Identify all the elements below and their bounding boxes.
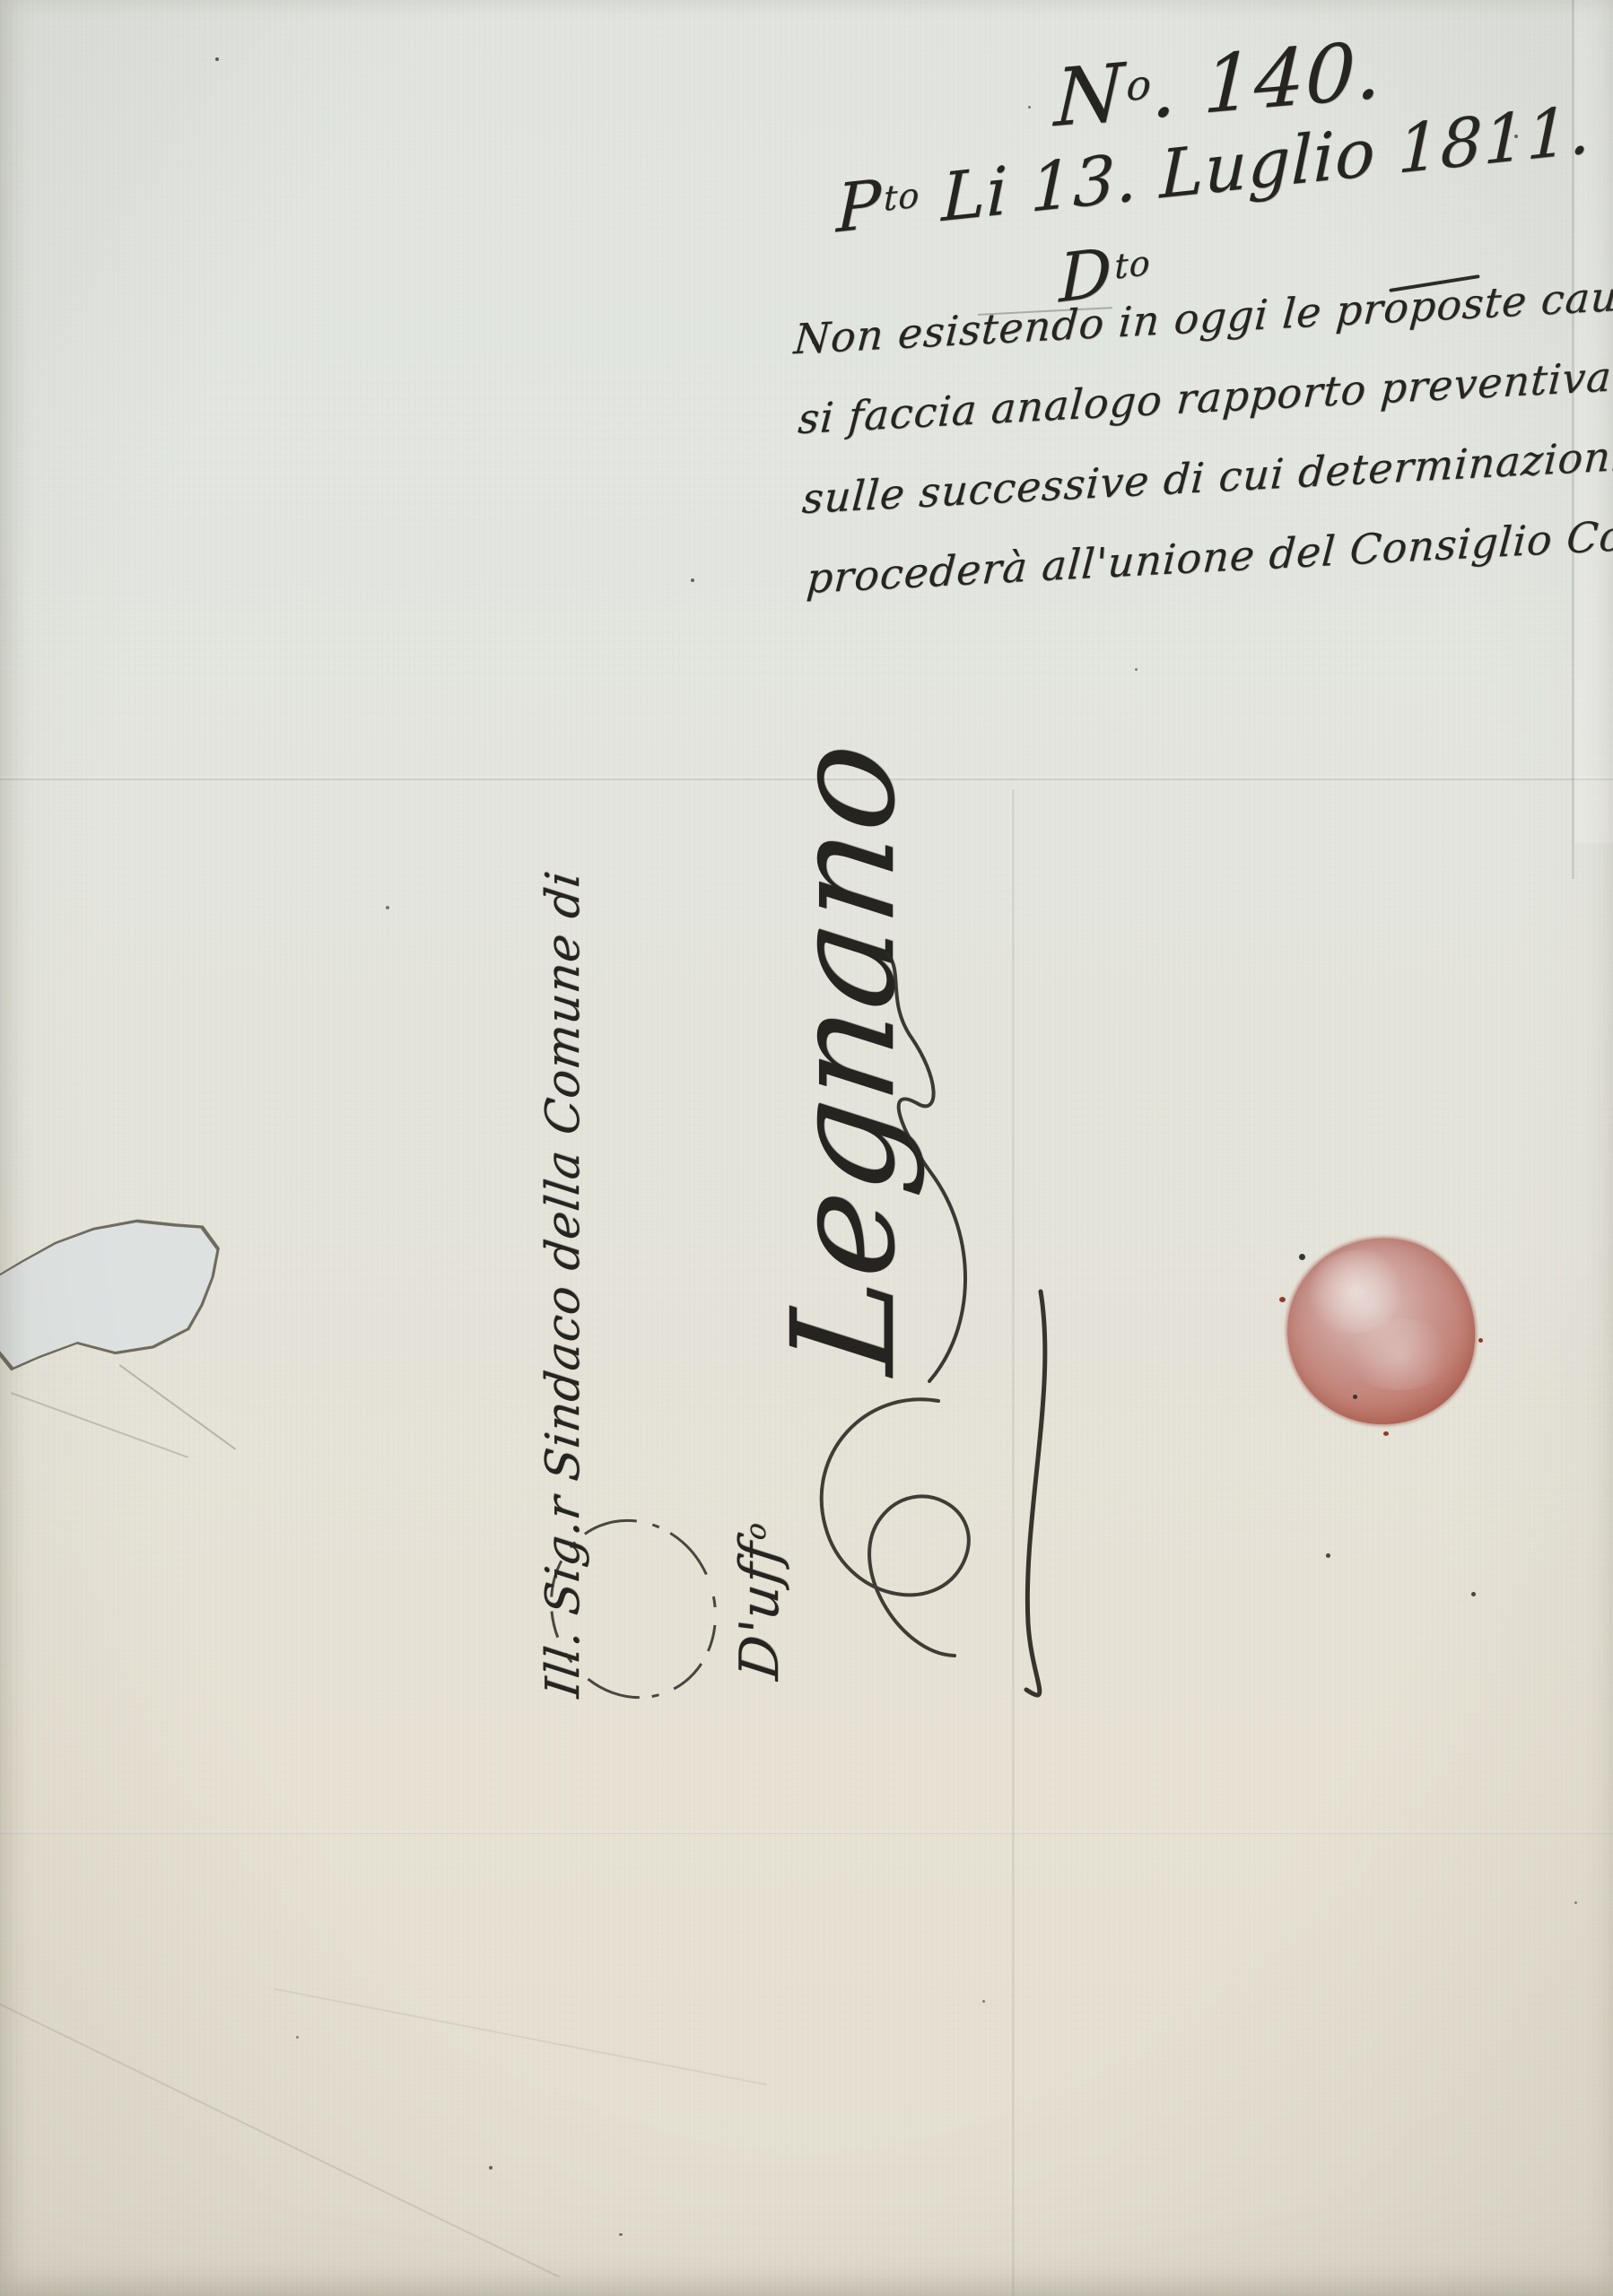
annotation-line-1: Non esistendo in oggi le proposte causal…	[792, 269, 1613, 364]
flourish-descender-tail	[969, 1283, 1112, 1758]
registered-abbrev: P	[836, 166, 883, 248]
ink-speck	[1028, 106, 1031, 109]
wax-fleck	[1478, 1338, 1483, 1343]
ink-speck	[386, 906, 389, 909]
flourish-underswash	[867, 918, 983, 1403]
ink-speck	[1353, 1395, 1357, 1399]
diagonal-crease-bottom-left	[0, 1993, 560, 2277]
ink-speck	[1299, 1254, 1305, 1260]
diagonal-crease-bottom-mid	[274, 1988, 767, 2086]
ink-speck	[1574, 1901, 1577, 1904]
document-number-prefix: N	[1053, 46, 1126, 145]
ink-speck	[296, 2036, 299, 2039]
ink-speck	[215, 57, 219, 61]
horizontal-fold-crease-lower	[0, 1831, 1613, 1834]
ink-speck	[489, 2166, 493, 2170]
paper-tear-patch	[0, 1211, 265, 1406]
annotation-paragraph: Non esistendo in oggi le proposte causal…	[793, 274, 1613, 635]
annotation-line-4: procederà all'unione del Consiglio Comun…	[805, 504, 1613, 603]
ink-speck	[982, 2000, 985, 2003]
tear-crease	[11, 1392, 188, 1458]
ink-speck	[1514, 135, 1518, 138]
document-number-superscript: o	[1126, 60, 1153, 110]
annotation-line-3: sulle successive di cui determinazioni s…	[801, 430, 1613, 523]
ditto-superscript: to	[1114, 243, 1150, 288]
ink-speck	[1382, 303, 1384, 306]
annotation-line-2: si faccia analogo rapporto preventivamen…	[797, 346, 1613, 444]
ink-speck	[812, 339, 817, 344]
flourish-open-loop	[533, 1503, 739, 1709]
wax-fleck	[1279, 1297, 1286, 1302]
ink-speck	[1471, 1592, 1476, 1596]
ink-speck	[1135, 668, 1138, 671]
letter-page: No. 140. Pto Li 13. Luglio 1811. Dto Non…	[0, 0, 1613, 2296]
ink-speck	[619, 2233, 623, 2236]
ink-speck	[1326, 1553, 1330, 1558]
registered-superscript: to	[884, 175, 920, 220]
wax-fleck	[1383, 1431, 1389, 1436]
ink-speck	[691, 578, 694, 582]
wax-seal-highlight	[1346, 1318, 1453, 1390]
